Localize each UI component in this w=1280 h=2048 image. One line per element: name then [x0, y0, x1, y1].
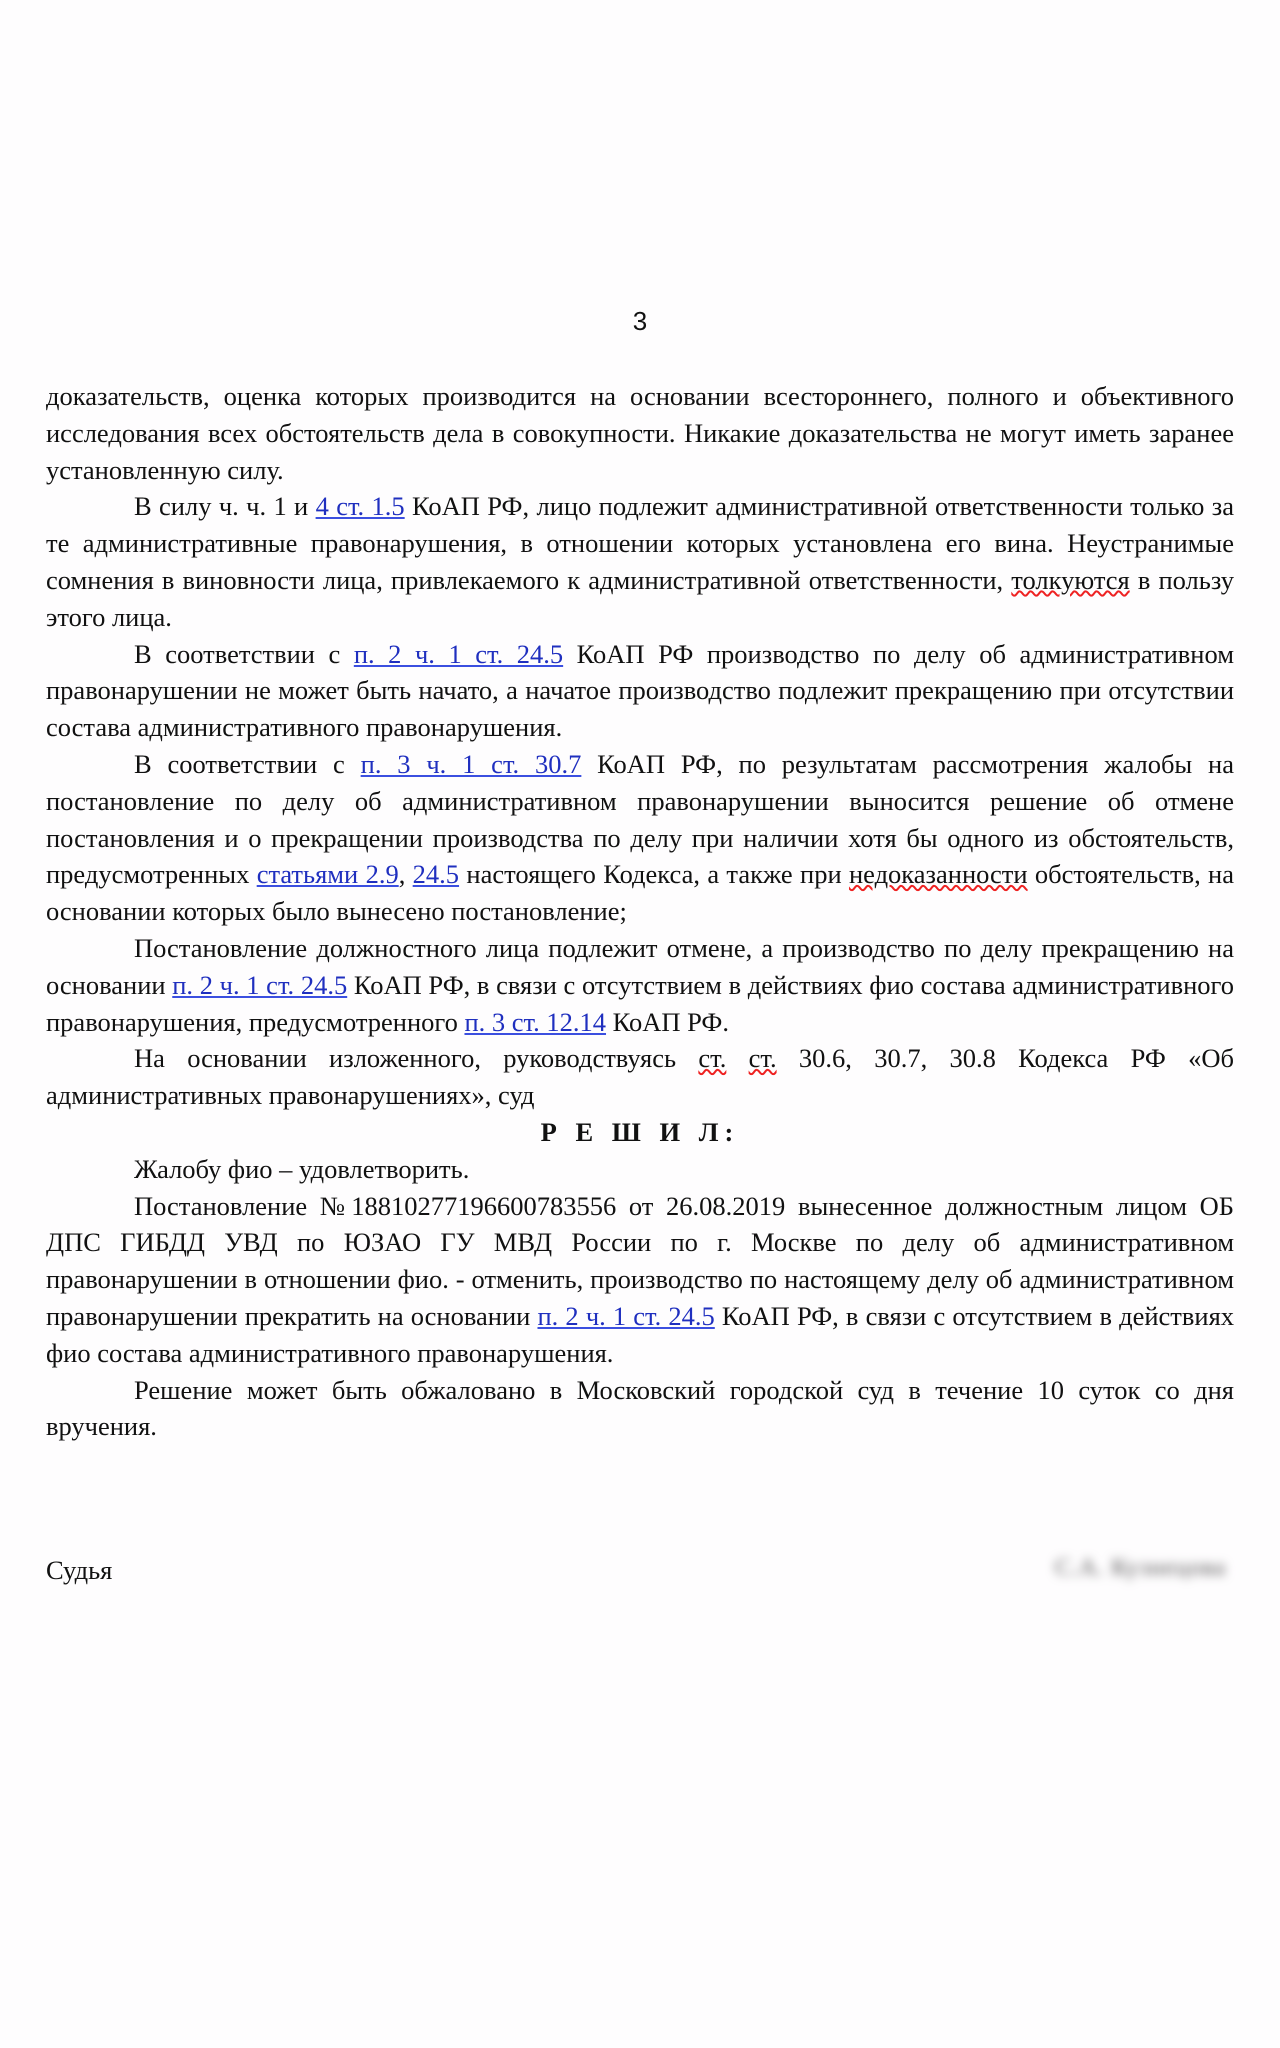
law-reference-link[interactable]: п. 2 ч. 1 ст. 24.5 [172, 970, 347, 1000]
text-run: КоАП РФ. [606, 1007, 729, 1037]
spellcheck-flagged-word: ст. [749, 1043, 777, 1073]
text-run: , [399, 859, 413, 889]
signature-block: Судья С.А. Кузнецова [46, 1555, 1234, 1599]
law-reference-link[interactable]: 4 ст. 1.5 [316, 491, 405, 521]
paragraph: Постановление должностного лица подлежит… [46, 930, 1234, 1040]
text-run: В соответствии с [134, 749, 361, 779]
law-reference-link[interactable]: п. 2 ч. 1 ст. 24.5 [354, 639, 563, 669]
text-run: В соответствии с [134, 639, 354, 669]
paragraph: Решение может быть обжаловано в Московск… [46, 1372, 1234, 1446]
law-reference-link[interactable]: статьями 2.9 [257, 859, 399, 889]
document-page: 3 доказательств, оценка которых производ… [0, 0, 1280, 2048]
text-run: В силу ч. ч. 1 и [134, 491, 316, 521]
paragraph: Постановление №18810277196600783556 от 2… [46, 1188, 1234, 1372]
text-run [726, 1043, 748, 1073]
decision-heading: Р Е Ш И Л: [46, 1114, 1234, 1151]
page-number: 3 [0, 306, 1280, 337]
text-run: На основании изложенного, руководствуясь [134, 1043, 698, 1073]
text-run: доказательств, оценка которых производит… [46, 381, 1234, 485]
text-run: настоящего Кодекса, а также при [459, 859, 849, 889]
text-run: Решение может быть обжаловано в Московск… [46, 1375, 1234, 1442]
text-run: Жалобу фио – удовлетворить. [134, 1154, 469, 1184]
text-run: Р Е Ш И Л: [541, 1117, 740, 1147]
spellcheck-flagged-word: толкуются [1011, 565, 1129, 595]
spellcheck-flagged-word: недоказанности [849, 859, 1028, 889]
spellcheck-flagged-word: ст. [698, 1043, 726, 1073]
law-reference-link[interactable]: п. 3 ст. 12.14 [464, 1007, 606, 1037]
document-body: доказательств, оценка которых производит… [46, 378, 1234, 1445]
law-reference-link[interactable]: 24.5 [413, 859, 459, 889]
paragraph: доказательств, оценка которых производит… [46, 378, 1234, 488]
paragraph: В соответствии с п. 2 ч. 1 ст. 24.5 КоАП… [46, 636, 1234, 746]
paragraph: В соответствии с п. 3 ч. 1 ст. 30.7 КоАП… [46, 746, 1234, 930]
paragraph: В силу ч. ч. 1 и 4 ст. 1.5 КоАП РФ, лицо… [46, 488, 1234, 635]
judge-label: Судья [46, 1555, 112, 1586]
judge-name-redacted: С.А. Кузнецова [1055, 1555, 1226, 1582]
paragraph: На основании изложенного, руководствуясь… [46, 1040, 1234, 1114]
law-reference-link[interactable]: п. 3 ч. 1 ст. 30.7 [361, 749, 582, 779]
law-reference-link[interactable]: п. 2 ч. 1 ст. 24.5 [537, 1301, 714, 1331]
paragraph: Жалобу фио – удовлетворить. [46, 1151, 1234, 1188]
